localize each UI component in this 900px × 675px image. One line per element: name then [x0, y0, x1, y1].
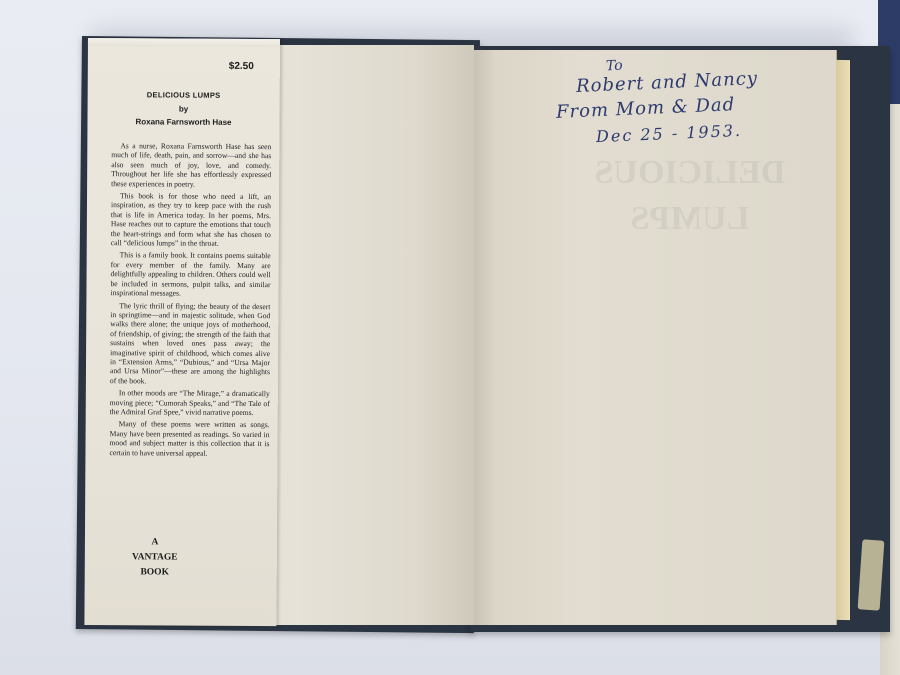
publisher-line: VANTAGE: [85, 550, 225, 566]
blurb-paragraph: As a nurse, Roxana Farnsworth Hase has s…: [111, 141, 271, 189]
byline: by: [88, 104, 280, 114]
publisher-imprint: A VANTAGE BOOK: [85, 535, 225, 581]
show-through-title: DELICIOUS LUMPS: [570, 150, 810, 300]
blurb-paragraph: This is a family book. It contains poems…: [110, 251, 270, 299]
dust-jacket-flap: $2.50 DELICIOUS LUMPS by Roxana Farnswor…: [84, 38, 280, 626]
author-name: Roxana Farnsworth Hase: [87, 117, 279, 127]
price-label: $2.50: [229, 61, 254, 72]
blurb-paragraph: The lyric thrill of flying; the beauty o…: [110, 301, 271, 387]
publisher-line: BOOK: [85, 565, 225, 581]
book-title: DELICIOUS LUMPS: [88, 90, 280, 100]
page-block-edge: [836, 60, 850, 620]
publisher-line: A: [85, 535, 225, 551]
blurb-paragraph: In other moods are “The Mirage,” a drama…: [110, 388, 270, 417]
photo-scene: DELICIOUS LUMPS To Robert and Nancy From…: [0, 0, 900, 675]
flap-blurb: As a nurse, Roxana Farnsworth Hase has s…: [109, 141, 271, 461]
left-endpaper: [276, 45, 474, 625]
blurb-paragraph: This book is for those who need a lift, …: [111, 191, 271, 248]
blurb-paragraph: Many of these poems were written as song…: [109, 420, 269, 459]
inscription-to: To: [606, 58, 623, 75]
flap-fold: [88, 38, 280, 47]
